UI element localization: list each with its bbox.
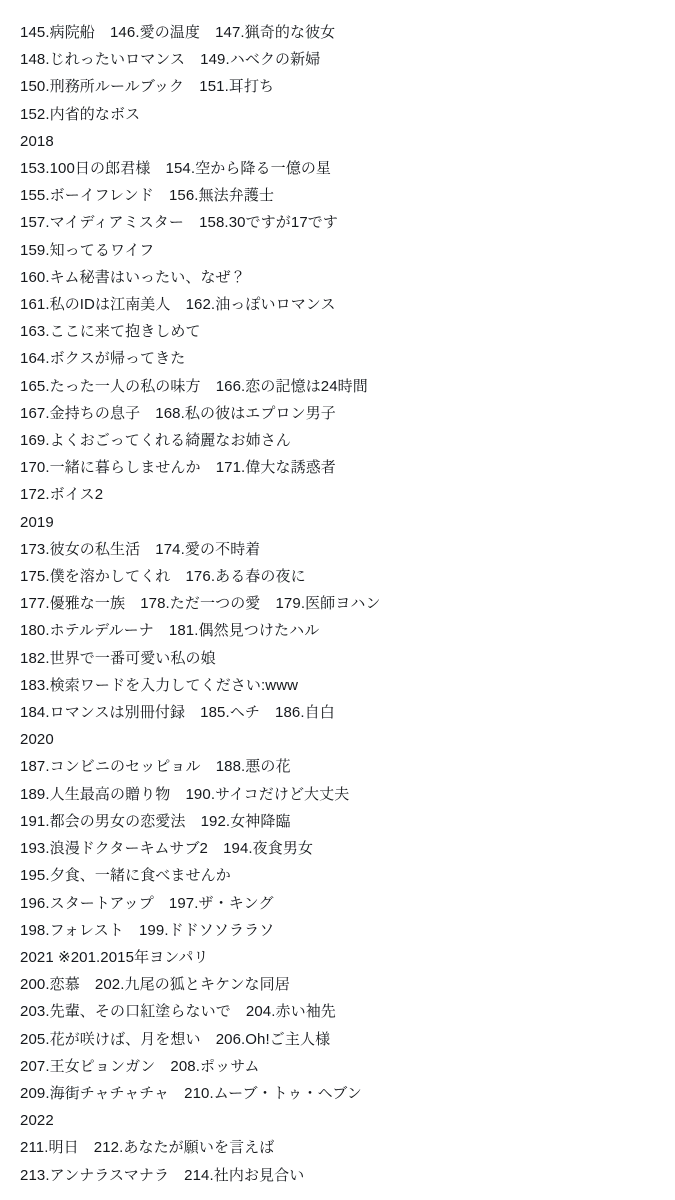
drama-entries-line: 165.たった一人の私の味方 166.恋の記憶は24時間	[20, 373, 663, 400]
drama-entries-line: 163.ここに来て抱きしめて	[20, 318, 663, 345]
drama-entries-line: 160.キム秘書はいったい、なぜ？	[20, 264, 663, 291]
drama-entries-line: 173.彼女の私生活 174.愛の不時着	[20, 536, 663, 563]
drama-title-list: 145.病院船 146.愛の温度 147.猟奇的な彼女148.じれったいロマンス…	[20, 19, 663, 1189]
drama-entries-line: 180.ホテルデルーナ 181.偶然見つけたハル	[20, 617, 663, 644]
drama-entries-line: 164.ボクスが帰ってきた	[20, 345, 663, 372]
drama-entries-line: 172.ボイス2	[20, 481, 663, 508]
year-header: 2021 ※201.2015年ヨンパリ	[20, 944, 663, 971]
drama-entries-line: 198.フォレスト 199.ドドソソララソ	[20, 917, 663, 944]
drama-entries-line: 193.浪漫ドクターキムサブ2 194.夜食男女	[20, 835, 663, 862]
drama-entries-line: 167.金持ちの息子 168.私の彼はエプロン男子	[20, 400, 663, 427]
drama-entries-line: 150.刑務所ルールブック 151.耳打ち	[20, 73, 663, 100]
drama-entries-line: 195.夕食、一緒に食べませんか	[20, 862, 663, 889]
drama-entries-line: 170.一緒に暮らしませんか 171.偉大な誘惑者	[20, 454, 663, 481]
drama-entries-line: 187.コンビニのセッピョル 188.悪の花	[20, 753, 663, 780]
drama-entries-line: 207.王女ピョンガン 208.ポッサム	[20, 1053, 663, 1080]
drama-entries-line: 200.恋慕 202.九尾の狐とキケンな同居	[20, 971, 663, 998]
drama-entries-line: 184.ロマンスは別冊付録 185.ヘチ 186.自白	[20, 699, 663, 726]
drama-entries-line: 145.病院船 146.愛の温度 147.猟奇的な彼女	[20, 19, 663, 46]
drama-entries-line: 155.ボーイフレンド 156.無法弁護士	[20, 182, 663, 209]
drama-entries-line: 175.僕を溶かしてくれ 176.ある春の夜に	[20, 563, 663, 590]
year-header: 2019	[20, 509, 663, 536]
drama-entries-line: 148.じれったいロマンス 149.ハベクの新婦	[20, 46, 663, 73]
year-header: 2018	[20, 128, 663, 155]
drama-list-page: 145.病院船 146.愛の温度 147.猟奇的な彼女148.じれったいロマンス…	[0, 0, 675, 1200]
drama-entries-line: 205.花が咲けば、月を想い 206.Oh!ご主人様	[20, 1026, 663, 1053]
drama-entries-line: 182.世界で一番可愛い私の娘	[20, 645, 663, 672]
drama-entries-line: 203.先輩、その口紅塗らないで 204.赤い袖先	[20, 998, 663, 1025]
drama-entries-line: 161.私のIDは江南美人 162.油っぽいロマンス	[20, 291, 663, 318]
drama-entries-line: 189.人生最高の贈り物 190.サイコだけど大丈夫	[20, 781, 663, 808]
drama-entries-line: 157.マイディアミスター 158.30ですが17です	[20, 209, 663, 236]
drama-entries-line: 209.海街チャチャチャ 210.ムーブ・トゥ・ヘブン	[20, 1080, 663, 1107]
drama-entries-line: 177.優雅な一族 178.ただ一つの愛 179.医師ヨハン	[20, 590, 663, 617]
drama-entries-line: 213.アンナラスマナラ 214.社内お見合い	[20, 1162, 663, 1189]
drama-entries-line: 191.都会の男女の恋愛法 192.女神降臨	[20, 808, 663, 835]
drama-entries-line: 152.内省的なボス	[20, 101, 663, 128]
year-header: 2022	[20, 1107, 663, 1134]
drama-entries-line: 211.明日 212.あなたが願いを言えば	[20, 1134, 663, 1161]
drama-entries-line: 169.よくおごってくれる綺麗なお姉さん	[20, 427, 663, 454]
drama-entries-line: 153.100日の郎君様 154.空から降る一億の星	[20, 155, 663, 182]
drama-entries-line: 159.知ってるワイフ	[20, 237, 663, 264]
drama-entries-line: 183.検索ワードを入力してください:www	[20, 672, 663, 699]
drama-entries-line: 196.スタートアップ 197.ザ・キング	[20, 890, 663, 917]
year-header: 2020	[20, 726, 663, 753]
